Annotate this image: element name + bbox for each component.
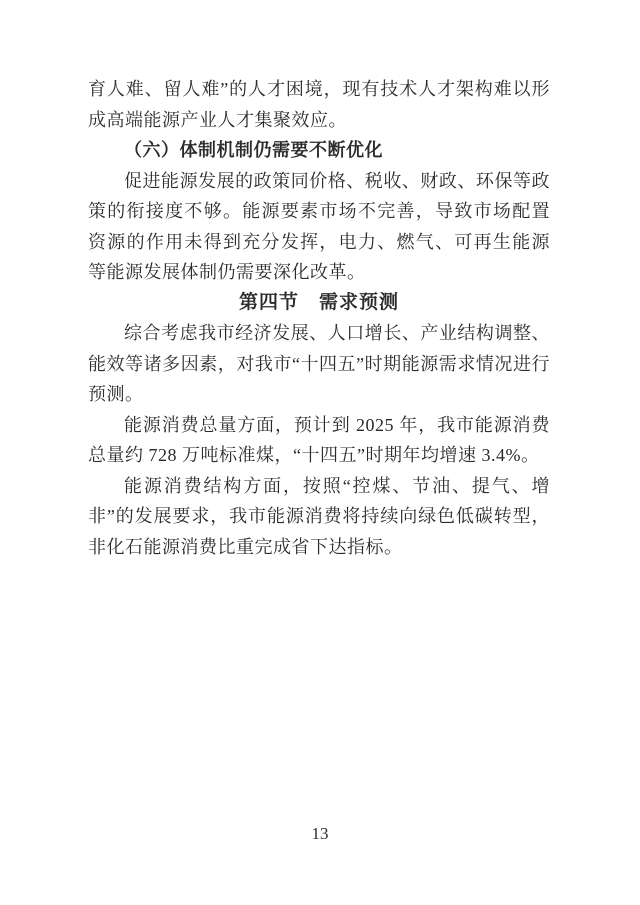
policy-paragraph: 促进能源发展的政策同价格、税收、财政、环保等政策的衔接度不够。能源要素市场不完善… <box>88 166 550 288</box>
forecast-intro-paragraph: 综合考虑我市经济发展、人口增长、产业结构调整、能效等诸多因素，对我市“十四五”时… <box>88 318 550 410</box>
total-consumption-paragraph: 能源消费总量方面，预计到 2025 年，我市能源消费总量约 728 万吨标准煤，… <box>88 410 550 471</box>
continuation-paragraph: 育人难、留人难”的人才困境，现有技术人才架构难以形成高端能源产业人才集聚效应。 <box>88 74 550 135</box>
section-heading-demand-forecast: 第四节 需求预测 <box>88 288 550 319</box>
document-page: 育人难、留人难”的人才困境，现有技术人才架构难以形成高端能源产业人才集聚效应。 … <box>0 0 640 905</box>
subsection-heading-six: （六）体制机制仍需要不断优化 <box>88 135 550 166</box>
page-number: 13 <box>0 824 640 844</box>
consumption-structure-paragraph: 能源消费结构方面，按照“控煤、节油、提气、增非”的发展要求，我市能源消费将持续向… <box>88 471 550 563</box>
text-block: 育人难、留人难”的人才困境，现有技术人才架构难以形成高端能源产业人才集聚效应。 … <box>88 74 550 562</box>
